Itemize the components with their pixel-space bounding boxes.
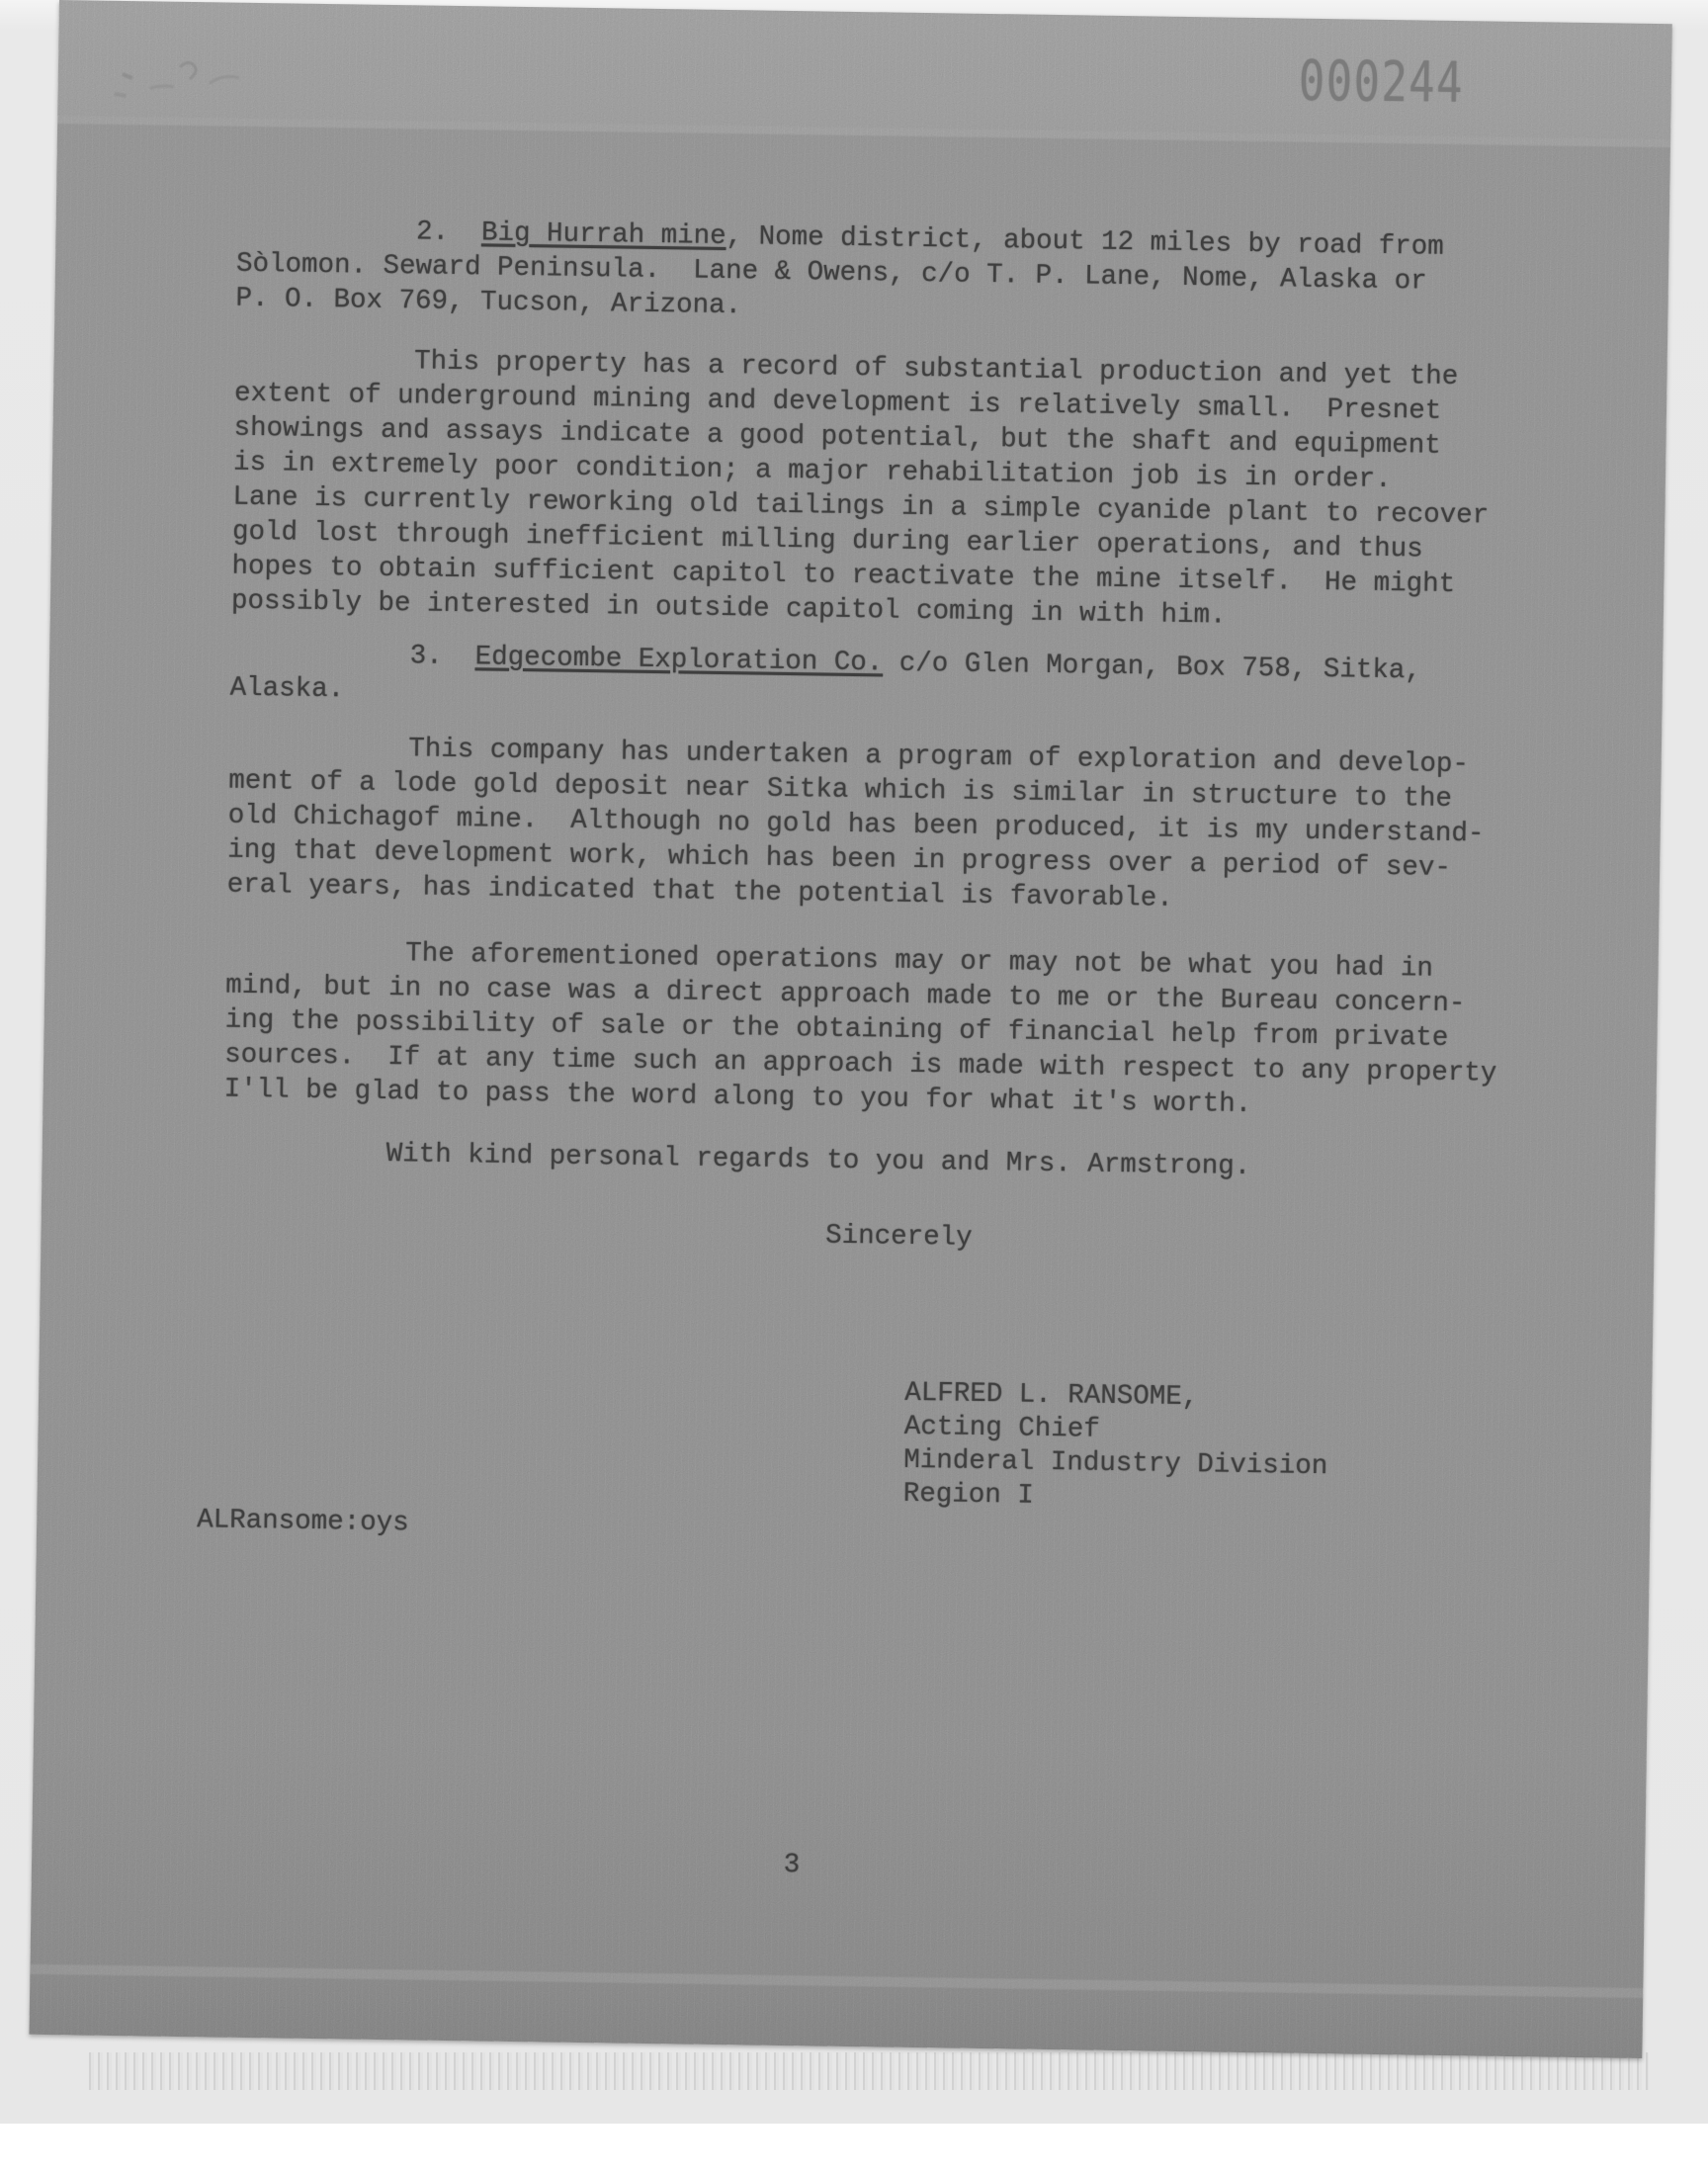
document-page: 000244 2. Big Hurrah mine, Nome district… — [29, 0, 1671, 2058]
item-big-hurrah: 2. Big Hurrah mine, Nome district, about… — [235, 213, 1444, 334]
page-number: 3 — [213, 1840, 801, 1883]
underlined-text: Big Hurrah mine — [481, 217, 726, 252]
text-line: Sincerely — [221, 1210, 973, 1256]
property-record-paragraph: This property has a record of substantia… — [231, 342, 1492, 638]
underlined-text: Edgecombe Exploration Co. — [475, 642, 884, 678]
text-line: With kind personal regards to you and Mr… — [222, 1135, 1250, 1184]
company-program-paragraph: This company has undertaken a program of… — [226, 730, 1485, 921]
aforementioned-paragraph: The aforementioned operations may or may… — [223, 934, 1498, 1126]
item-edgecombe: 3. Edgecombe Exploration Co. c/o Glen Mo… — [229, 637, 1421, 724]
signature-block: ALFRED L. RANSOME, Acting Chief Minderal… — [217, 1367, 1328, 1519]
closing-sincerely: Sincerely — [221, 1210, 973, 1256]
pencil-scribble — [92, 44, 300, 117]
text-line: 3 — [213, 1840, 801, 1883]
letter-body: 2. Big Hurrah mine, Nome district, about… — [212, 213, 1552, 1972]
text-line: ALRansome:oys — [197, 1503, 409, 1540]
kind-regards-line: With kind personal regards to you and Mr… — [222, 1135, 1250, 1184]
archive-number-stamp: 000244 — [1298, 54, 1464, 112]
typist-reference: ALRansome:oys — [197, 1503, 409, 1540]
